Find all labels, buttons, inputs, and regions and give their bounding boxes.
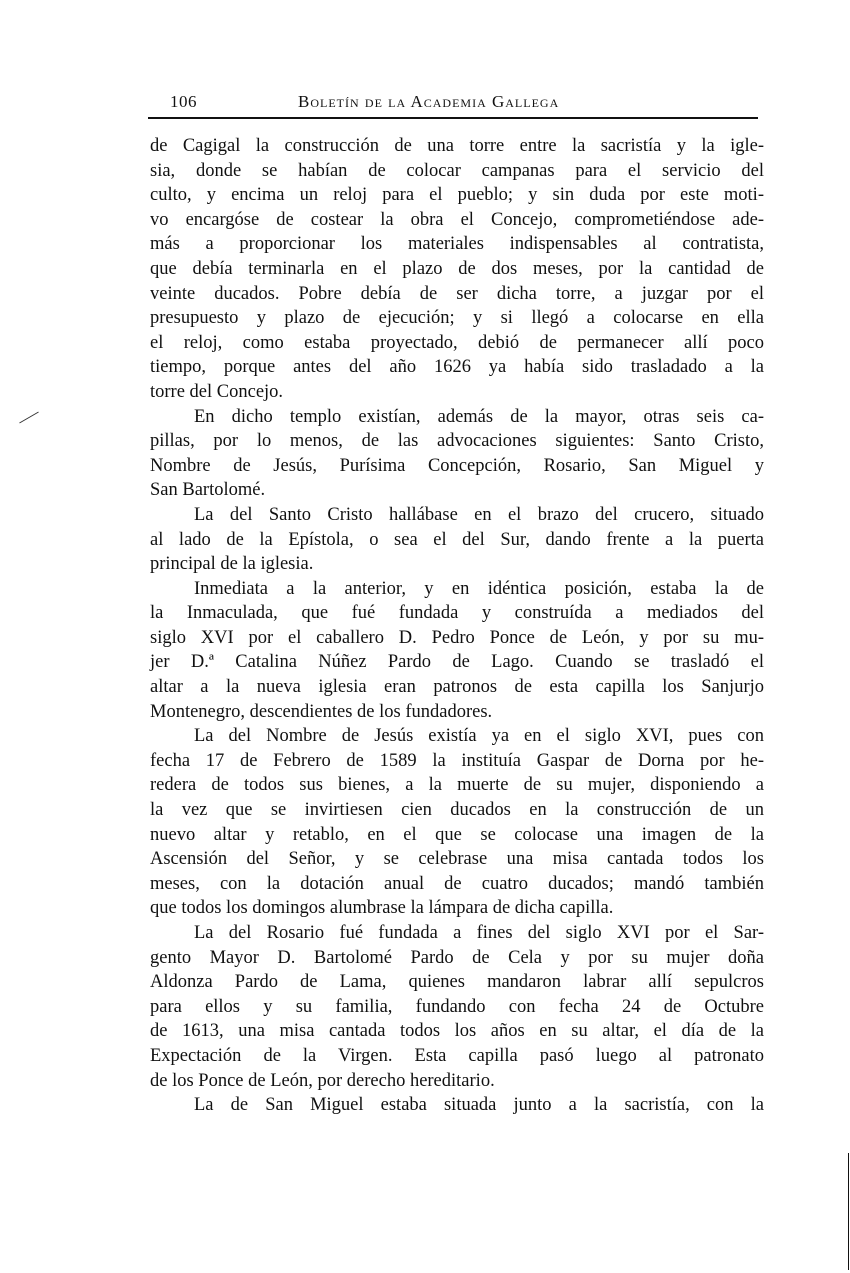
text-line: que todos los domingos alumbrase la lámp… (150, 896, 764, 921)
text-line: gento Mayor D. Bartolomé Pardo de Cela y… (150, 946, 764, 971)
text-line: al lado de la Epístola, o sea el del Sur… (150, 528, 764, 553)
text-line: presupuesto y plazo de ejecución; y si l… (150, 306, 764, 331)
text-line: La del Rosario fué fundada a fines del s… (150, 921, 764, 946)
running-title: Boletín de la Academia Gallega (298, 92, 559, 112)
text-line: Aldonza Pardo de Lama, quienes mandaron … (150, 970, 764, 995)
text-line: redera de todos sus bienes, a la muerte … (150, 773, 764, 798)
text-line: más a proporcionar los materiales indisp… (150, 232, 764, 257)
page-number: 106 (170, 92, 197, 112)
page-header: 106 Boletín de la Academia Gallega (148, 88, 760, 118)
text-line: de 1613, una misa cantada todos los años… (150, 1019, 764, 1044)
text-line: siglo XVI por el caballero D. Pedro Ponc… (150, 626, 764, 651)
text-line: En dicho templo existían, además de la m… (150, 405, 764, 430)
text-line: altar a la nueva iglesia eran patronos d… (150, 675, 764, 700)
text-line: Nombre de Jesús, Purísima Concepción, Ro… (150, 454, 764, 479)
text-line: de los Ponce de León, por derecho heredi… (150, 1069, 764, 1094)
text-line: Expectación de la Virgen. Esta capilla p… (150, 1044, 764, 1069)
text-line: La de San Miguel estaba situada junto a … (150, 1093, 764, 1118)
text-line: torre del Concejo. (150, 380, 764, 405)
text-line: Inmediata a la anterior, y en idéntica p… (150, 577, 764, 602)
text-line: pillas, por lo menos, de las advocacione… (150, 429, 764, 454)
text-line: la vez que se invirtiesen cien ducados e… (150, 798, 764, 823)
text-line: vo encargóse de costear la obra el Conce… (150, 208, 764, 233)
text-line: La del Santo Cristo hallábase en el braz… (150, 503, 764, 528)
text-line: veinte ducados. Pobre debía de ser dicha… (150, 282, 764, 307)
body-text: de Cagigal la construcción de una torre … (150, 134, 764, 1118)
text-line: San Bartolomé. (150, 478, 764, 503)
text-line: Ascensión del Señor, y se celebrase una … (150, 847, 764, 872)
text-line: el reloj, como estaba proyectado, debió … (150, 331, 764, 356)
text-line: Montenegro, descendientes de los fundado… (150, 700, 764, 725)
text-line: para ellos y su familia, fundando con fe… (150, 995, 764, 1020)
text-line: tiempo, porque antes del año 1626 ya hab… (150, 355, 764, 380)
margin-pencil-mark (19, 412, 39, 424)
text-line: fecha 17 de Febrero de 1589 la instituía… (150, 749, 764, 774)
text-line: La del Nombre de Jesús existía ya en el … (150, 724, 764, 749)
text-line: jer D.ª Catalina Núñez Pardo de Lago. Cu… (150, 650, 764, 675)
text-line: meses, con la dotación anual de cuatro d… (150, 872, 764, 897)
text-line: principal de la iglesia. (150, 552, 764, 577)
text-line: que debía terminarla en el plazo de dos … (150, 257, 764, 282)
document-page: 106 Boletín de la Academia Gallega de Ca… (0, 0, 850, 1273)
text-line: de Cagigal la construcción de una torre … (150, 134, 764, 159)
header-rule (148, 117, 758, 119)
text-line: sia, donde se habían de colocar campanas… (150, 159, 764, 184)
page-edge-line (848, 1153, 849, 1270)
text-line: la Inmaculada, que fué fundada y constru… (150, 601, 764, 626)
text-line: nuevo altar y retablo, en el que se colo… (150, 823, 764, 848)
text-line: culto, y encima un reloj para el pueblo;… (150, 183, 764, 208)
